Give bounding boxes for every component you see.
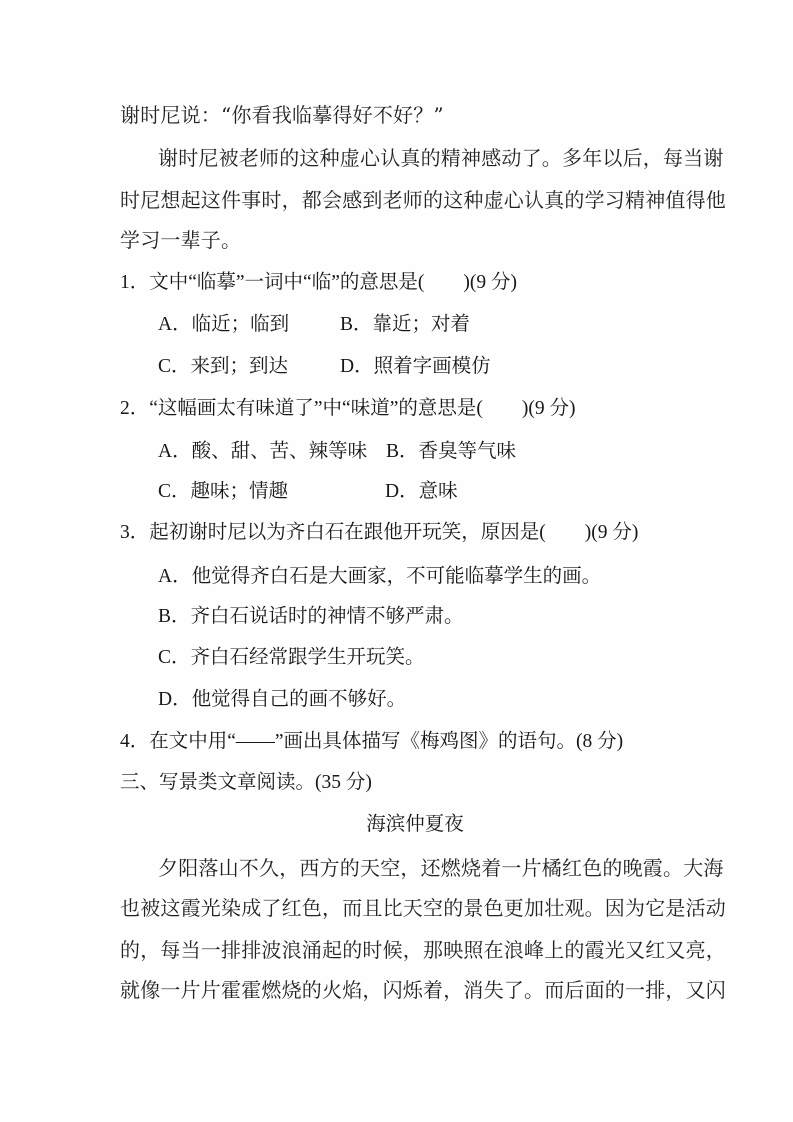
- essay-paragraph-line: 的，每当一排排波浪涌起的时候，那映照在浪峰上的霞光又红又亮，: [120, 936, 726, 964]
- question-2-option-d: D．意味: [385, 478, 458, 506]
- essay-paragraph-line: 夕阳落山不久，西方的天空，还燃烧着一片橘红色的晚霞。大海: [158, 854, 724, 882]
- question-2-option-c: C．趣味；情趣: [158, 478, 288, 506]
- question-1-option-b: B．靠近；对着: [340, 311, 470, 339]
- passage-line: 学习一辈子。: [120, 226, 241, 254]
- essay-title: 海滨仲夏夜: [120, 811, 710, 839]
- question-3-option-b: B．齐白石说话时的神情不够严肃。: [158, 603, 464, 631]
- passage-line: 谢时尼被老师的这种虚心认真的精神感动了。多年以后，每当谢: [158, 144, 724, 172]
- essay-paragraph-line: 就像一片片霍霍燃烧的火焰，闪烁着，消失了。而后面的一排，又闪: [120, 976, 726, 1004]
- question-3-option-a: A．他觉得齐白石是大画家，不可能临摹学生的画。: [158, 563, 601, 591]
- section-3-heading: 三、写景类文章阅读。(35 分): [120, 769, 372, 797]
- question-3-option-d: D．他觉得自己的画不够好。: [158, 686, 406, 714]
- question-1-option-d: D．照着字画模仿: [340, 353, 491, 381]
- question-1-option-c: C．来到；到达: [158, 353, 288, 381]
- question-1-stem: 1．文中“临摹”一词中“临”的意思是( )(9 分): [120, 269, 517, 297]
- question-4-stem: 4．在文中用“——”画出具体描写《梅鸡图》的语句。(8 分): [120, 728, 623, 756]
- question-2-option-b: B．香臭等气味: [386, 438, 516, 466]
- question-1-option-a: A．临近；临到: [158, 311, 289, 339]
- question-3-option-c: C．齐白石经常跟学生开玩笑。: [158, 644, 425, 672]
- test-paper-page: 谢时尼说：“你看我临摹得好不好？” 谢时尼被老师的这种虚心认真的精神感动了。多年…: [0, 0, 793, 1122]
- essay-paragraph-line: 也被这霞光染成了红色，而且比天空的景色更加壮观。因为它是活动: [120, 894, 726, 922]
- question-3-stem: 3．起初谢时尼以为齐白石在跟他开玩笑，原因是( )(9 分): [120, 519, 638, 547]
- question-2-option-a: A．酸、甜、苦、辣等味: [158, 438, 367, 466]
- question-2-stem: 2．“这幅画太有味道了”中“味道”的意思是( )(9 分): [120, 395, 575, 423]
- passage-line: 谢时尼说：“你看我临摹得好不好？”: [120, 101, 444, 129]
- passage-line: 时尼想起这件事时，都会感到老师的这种虚心认真的学习精神值得他: [120, 186, 726, 214]
